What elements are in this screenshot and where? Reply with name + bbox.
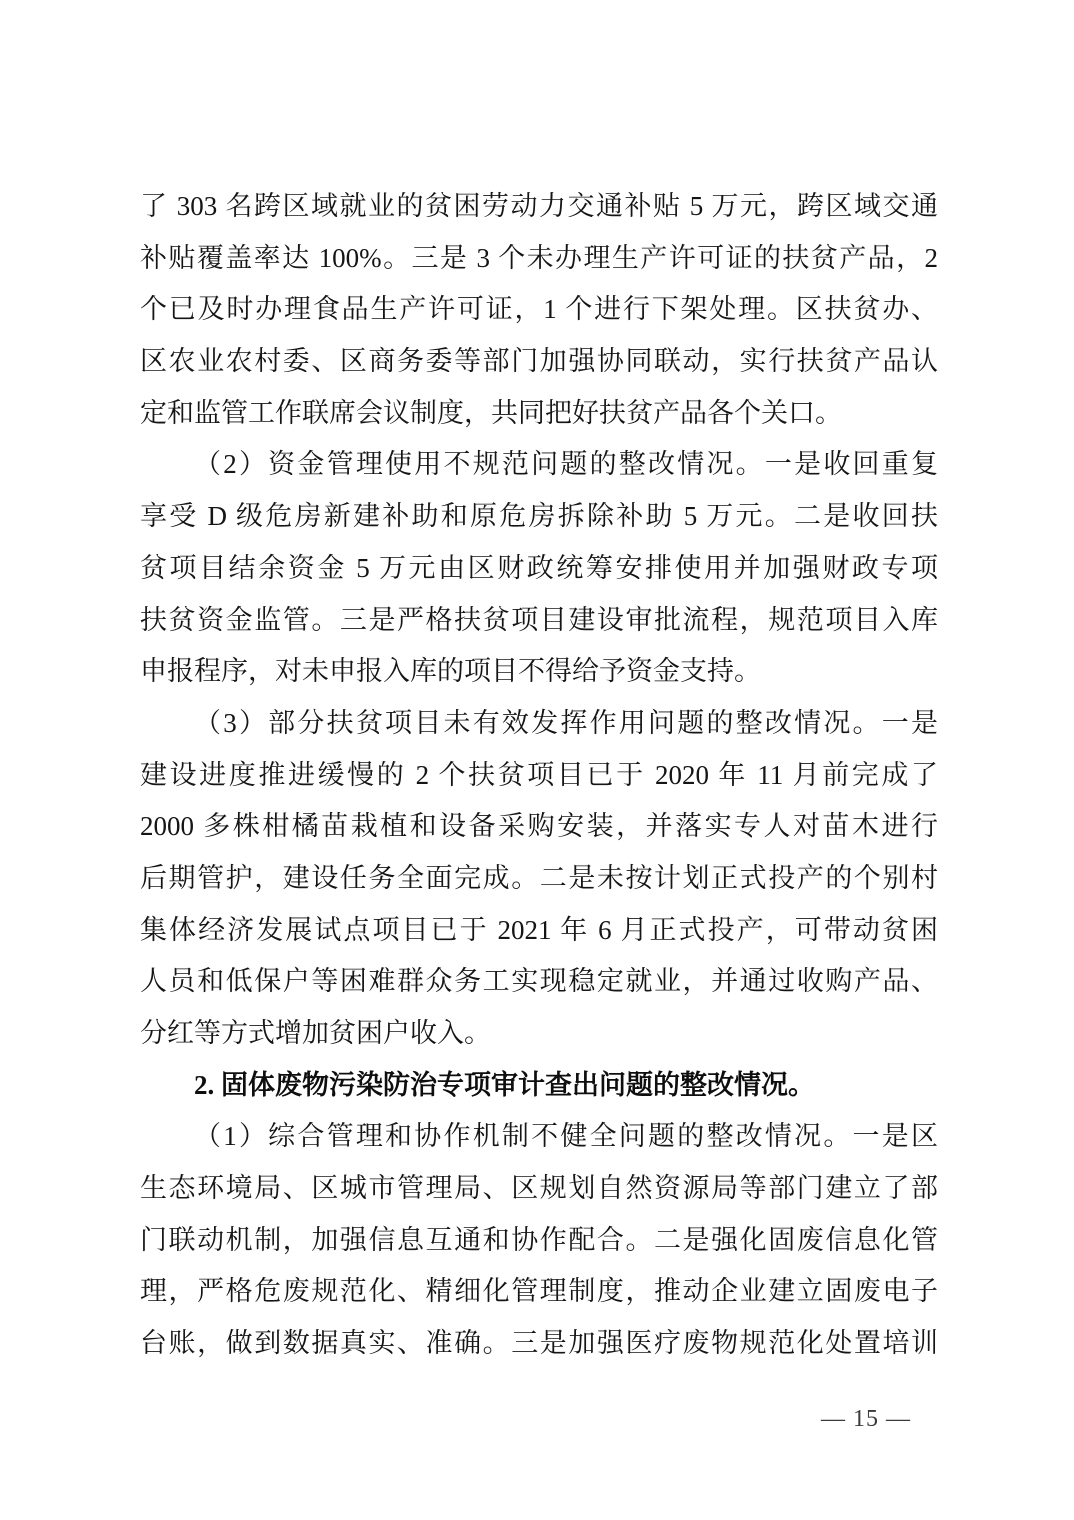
text-line: 台账，做到数据真实、准确。三是加强医疗废物规范化处置培训 [140,1318,938,1370]
text-line: （1）综合管理和协作机制不健全问题的整改情况。一是区 [140,1111,938,1163]
text-line: 贫项目结余资金 5 万元由区财政统筹安排使用并加强财政专项 [140,543,938,595]
page-number: — 15 — [821,1406,911,1433]
text-line: 定和监管工作联席会议制度，共同把好扶贫产品各个关口。 [140,388,938,440]
document-body: 了 303 名跨区域就业的贫困劳动力交通补贴 5 万元，跨区域交通补贴覆盖率达 … [140,181,938,1370]
section-heading-line: 2. 固体废物污染防治专项审计查出问题的整改情况。 [140,1060,938,1112]
text-line: （3）部分扶贫项目未有效发挥作用问题的整改情况。一是 [140,698,938,750]
text-line: 理，严格危废规范化、精细化管理制度，推动企业建立固废电子 [140,1266,938,1318]
text-line: 申报程序，对未申报入库的项目不得给予资金支持。 [140,646,938,698]
text-line: 享受 D 级危房新建补助和原危房拆除补助 5 万元。二是收回扶 [140,491,938,543]
text-line: （2）资金管理使用不规范问题的整改情况。一是收回重复 [140,439,938,491]
text-line: 扶贫资金监管。三是严格扶贫项目建设审批流程，规范项目入库 [140,595,938,647]
document-page: 了 303 名跨区域就业的贫困劳动力交通补贴 5 万元，跨区域交通补贴覆盖率达 … [0,0,1074,1520]
text-line: 门联动机制，加强信息互通和协作配合。二是强化固废信息化管 [140,1215,938,1267]
text-line: 建设进度推进缓慢的 2 个扶贫项目已于 2020 年 11 月前完成了 [140,750,938,802]
text-line: 集体经济发展试点项目已于 2021 年 6 月正式投产，可带动贫困 [140,905,938,957]
text-line: 分红等方式增加贫困户收入。 [140,1008,938,1060]
text-line: 个已及时办理食品生产许可证，1 个进行下架处理。区扶贫办、 [140,284,938,336]
text-line: 生态环境局、区城市管理局、区规划自然资源局等部门建立了部 [140,1163,938,1215]
text-line: 区农业农村委、区商务委等部门加强协同联动，实行扶贫产品认 [140,336,938,388]
text-line: 2000 多株柑橘苗栽植和设备采购安装，并落实专人对苗木进行 [140,801,938,853]
text-line: 人员和低保户等困难群众务工实现稳定就业，并通过收购产品、 [140,956,938,1008]
text-line: 了 303 名跨区域就业的贫困劳动力交通补贴 5 万元，跨区域交通 [140,181,938,233]
text-line: 后期管护，建设任务全面完成。二是未按计划正式投产的个别村 [140,853,938,905]
text-line: 补贴覆盖率达 100%。三是 3 个未办理生产许可证的扶贫产品，2 [140,233,938,285]
